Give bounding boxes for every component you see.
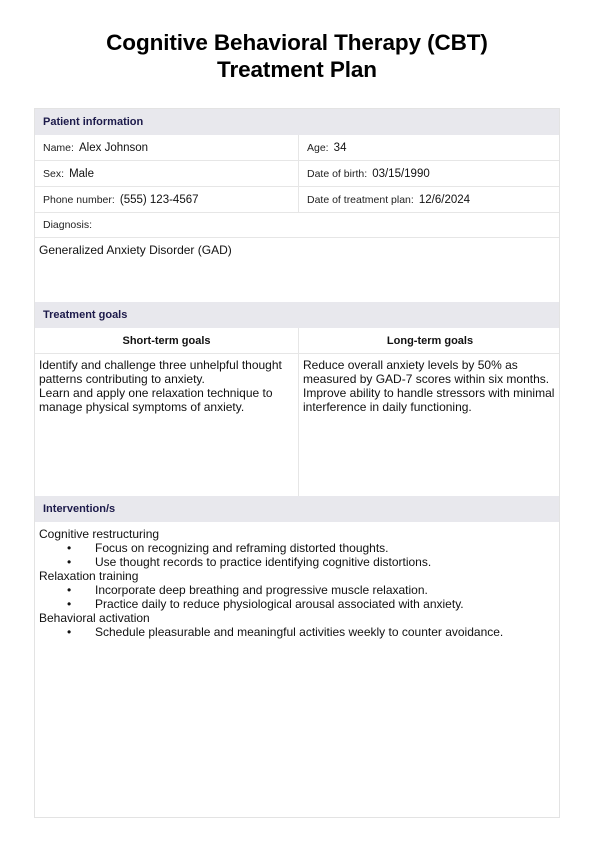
intervention-item: •Incorporate deep breathing and progress… (39, 583, 503, 597)
row-diagnosis-label: Diagnosis: (35, 213, 559, 238)
sex-value: Male (69, 168, 94, 180)
bullet-icon: • (67, 583, 71, 597)
intervention-item: •Schedule pleasurable and meaningful act… (39, 625, 503, 639)
name-field[interactable]: Name: Alex Johnson (35, 135, 299, 160)
interventions-field[interactable]: Cognitive restructuring •Focus on recogn… (35, 522, 559, 817)
diagnosis-label: Diagnosis: (43, 219, 92, 231)
title-line-1: Cognitive Behavioral Therapy (CBT) (0, 29, 594, 56)
age-label: Age: (307, 142, 329, 154)
diagnosis-value: Generalized Anxiety Disorder (GAD) (39, 243, 232, 257)
title-line-2: Treatment Plan (0, 56, 594, 83)
bullet-icon: • (67, 541, 71, 555)
plan-date-value: 12/6/2024 (419, 194, 470, 206)
goals-column-headers: Short-term goals Long-term goals (35, 328, 559, 354)
short-term-goals-header: Short-term goals (35, 328, 299, 353)
name-value: Alex Johnson (79, 142, 148, 154)
intervention-group-name: Relaxation training (39, 569, 503, 583)
long-term-goals-field[interactable]: Reduce overall anxiety levels by 50% as … (299, 354, 561, 496)
row-sex-dob: Sex: Male Date of birth: 03/15/1990 (35, 161, 559, 187)
document-title: Cognitive Behavioral Therapy (CBT) Treat… (0, 29, 594, 83)
dob-value: 03/15/1990 (372, 168, 430, 180)
section-title: Treatment goals (43, 309, 127, 321)
goals-content-row: Identify and challenge three unhelpful t… (35, 354, 559, 496)
diagnosis-label-cell: Diagnosis: (35, 213, 559, 237)
dob-field[interactable]: Date of birth: 03/15/1990 (299, 161, 561, 186)
sex-label: Sex: (43, 168, 64, 180)
diagnosis-field[interactable]: Generalized Anxiety Disorder (GAD) (35, 238, 559, 302)
section-header-patient-information: Patient information (35, 109, 559, 135)
short-term-goal: Learn and apply one relaxation technique… (39, 386, 294, 414)
plan-date-label: Date of treatment plan: (307, 194, 414, 206)
dob-label: Date of birth: (307, 168, 367, 180)
phone-value: (555) 123-4567 (120, 194, 199, 206)
row-phone-plan-date: Phone number: (555) 123-4567 Date of tre… (35, 187, 559, 213)
section-header-treatment-goals: Treatment goals (35, 302, 559, 328)
section-header-interventions: Intervention/s (35, 496, 559, 522)
bullet-icon: • (67, 597, 71, 611)
age-value: 34 (334, 142, 347, 154)
plan-date-field[interactable]: Date of treatment plan: 12/6/2024 (299, 187, 561, 212)
short-term-goal: Identify and challenge three unhelpful t… (39, 358, 294, 386)
bullet-icon: • (67, 555, 71, 569)
name-label: Name: (43, 142, 74, 154)
long-term-goal: Reduce overall anxiety levels by 50% as … (303, 358, 557, 386)
treatment-plan-form: Patient information Name: Alex Johnson A… (34, 108, 560, 818)
section-title: Patient information (43, 116, 143, 128)
intervention-item: •Focus on recognizing and reframing dist… (39, 541, 503, 555)
phone-label: Phone number: (43, 194, 115, 206)
intervention-item: •Practice daily to reduce physiological … (39, 597, 503, 611)
interventions-list: Cognitive restructuring •Focus on recogn… (39, 527, 503, 639)
long-term-goals-header: Long-term goals (299, 328, 561, 353)
intervention-group-name: Cognitive restructuring (39, 527, 503, 541)
phone-field[interactable]: Phone number: (555) 123-4567 (35, 187, 299, 212)
long-term-goal: Improve ability to handle stressors with… (303, 386, 557, 414)
bullet-icon: • (67, 625, 71, 639)
intervention-group-name: Behavioral activation (39, 611, 503, 625)
section-title: Intervention/s (43, 503, 115, 515)
short-term-goals-field[interactable]: Identify and challenge three unhelpful t… (35, 354, 299, 496)
age-field[interactable]: Age: 34 (299, 135, 561, 160)
intervention-item: •Use thought records to practice identif… (39, 555, 503, 569)
sex-field[interactable]: Sex: Male (35, 161, 299, 186)
row-name-age: Name: Alex Johnson Age: 34 (35, 135, 559, 161)
